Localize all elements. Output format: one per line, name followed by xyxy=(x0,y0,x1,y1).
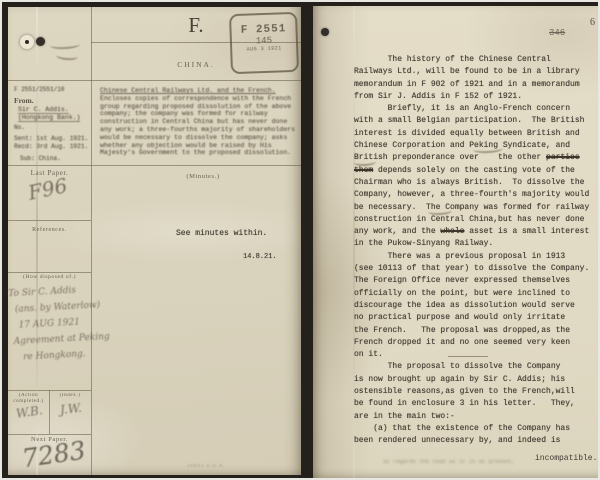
text-segment: any work, and the xyxy=(354,227,440,236)
text-segment: any work; a three-fourths majority of sh… xyxy=(100,126,295,133)
text-segment: no practical purpose and would only irri… xyxy=(354,313,565,322)
text-line: are in the main two:- xyxy=(354,411,594,423)
text-segment: is now brought up again by Sir C. Addis;… xyxy=(354,375,565,384)
punch-hole-icon xyxy=(321,28,329,36)
text-segment: are in the main two:- xyxy=(354,412,455,421)
text-segment: Chinese Corporation and Peking Syndicate… xyxy=(354,141,570,150)
punch-hole-icon xyxy=(20,35,34,49)
text-line: The history of the Chinese Central xyxy=(354,54,594,66)
text-line: Briefly, it is an Anglo-French concern xyxy=(354,103,594,115)
pencil-mark xyxy=(56,51,79,61)
text-line: from Sir J. Addis in F 152 of 1921. xyxy=(354,91,594,103)
minutes-label: (Minutes.) xyxy=(148,173,258,180)
text-segment: Railways Ltd., will be found to be in a … xyxy=(354,67,580,76)
crossed-out-folio-number: 346 xyxy=(549,28,565,38)
text-line: Company, however, a three-fourth's major… xyxy=(354,189,594,201)
text-line: in the Pukow-Sinyang Railway. xyxy=(354,238,594,250)
text-line: discourage the idea as dissolution would… xyxy=(354,300,594,312)
text-line: with a small Belgian participation. The … xyxy=(354,115,594,127)
minute-body-text: The history of the Chinese CentralRailwa… xyxy=(354,54,594,448)
text-segment: interest is divided equally between Brit… xyxy=(354,129,580,138)
subject-field: Sub: China. xyxy=(20,155,61,162)
received-date-field: Recd: 3rd Aug. 1921. xyxy=(14,143,88,150)
action-completed-label: (Action completed.) xyxy=(9,393,48,404)
text-line: no practical purpose and would only irri… xyxy=(354,312,594,324)
text-segment: in the Pukow-Sinyang Railway. xyxy=(354,239,493,248)
text-line: (a) that the existence of the Company ha… xyxy=(354,423,594,435)
left-col-rule xyxy=(8,220,91,221)
text-line: memorandum in F 902 of 1921 and in a mem… xyxy=(354,79,594,91)
text-line: is now brought up again by Sir C. Addis;… xyxy=(354,374,594,386)
text-segment: be found in enclosure 3 in his letter. T… xyxy=(354,399,575,408)
text-segment: The proposal to dissolve the Company xyxy=(354,362,560,371)
printer-imprint: 20691 F.O.P. xyxy=(136,464,276,469)
text-segment: construction in Central China,but has ne… xyxy=(354,215,584,224)
docket-subject-title: Chinese Central Railways Ltd. and the Fr… xyxy=(100,87,300,95)
text-segment: depends solely on the casting vote of th… xyxy=(373,166,575,175)
text-line: Railways Ltd., will be found to be in a … xyxy=(354,66,594,78)
text-line: be found in enclosure 3 in his letter. T… xyxy=(354,398,594,410)
text-line: (see 10113 of that year) to dissolve the… xyxy=(354,263,594,275)
stamp-date: AUG 3 1921 xyxy=(232,45,296,53)
text-line: been rendered unnecessary by, and indeed… xyxy=(354,435,594,447)
disposal-handwritten-notes: To Sir C. Addis (ans. by Waterlow) 17 AU… xyxy=(8,282,94,366)
struck-text: parties xyxy=(546,153,580,162)
text-line: re Hongkong. xyxy=(11,346,94,366)
text-segment: 17 AUG 1921 xyxy=(10,317,80,331)
text-segment: group regarding proposed dissolution of … xyxy=(100,103,291,110)
text-line: The proposal to dissolve the Company xyxy=(354,361,594,373)
text-segment: French dropped it and no one seemed very… xyxy=(354,338,570,347)
minutes-note: See minutes within. xyxy=(176,229,267,238)
text-segment: There was a previous proposal in 1913 xyxy=(354,252,565,261)
text-segment: Agreement at Peking xyxy=(11,332,110,347)
pencil-mark xyxy=(50,40,80,50)
text-segment: asset is a small interest xyxy=(464,227,589,236)
struck-text: whole xyxy=(440,227,464,236)
text-segment: officially on the point, but were inclin… xyxy=(354,289,570,298)
text-line: British preponderance over the other par… xyxy=(354,152,594,164)
text-segment: British preponderance over the other xyxy=(354,153,546,162)
text-line: French dropped it and no one seemed very… xyxy=(354,337,594,349)
text-segment: (a) that the existence of the Company ha… xyxy=(354,424,570,433)
catchword: incompatible... xyxy=(535,454,600,463)
section-rule xyxy=(8,165,301,166)
text-segment: (see 10113 of that year) to dissolve the… xyxy=(354,264,589,273)
text-line: Encloses copies of correspondence with t… xyxy=(100,95,300,103)
registry-number-field: F 2551/2551/10 xyxy=(14,86,64,93)
text-segment: Majesty's Government to the proposed dis… xyxy=(100,149,291,156)
docket-summary-lines: Encloses copies of correspondence with t… xyxy=(100,95,300,157)
text-line: them depends solely on the casting vote … xyxy=(354,165,594,177)
text-segment: ostensible reasons,as given to the Frenc… xyxy=(354,387,575,396)
text-segment: (ans. by Waterlow) xyxy=(9,300,100,315)
text-segment: the French. The proposal was dropped,as … xyxy=(354,326,570,335)
text-line: construction in Central China,but has ne… xyxy=(354,214,594,226)
text-segment: construction in Central China but has ne… xyxy=(100,118,287,125)
scanned-document-photo: F. CHINA. F 2551 145 AUG 3 1921 F 2551/2… xyxy=(0,0,600,480)
text-line: any work; a three-fourths majority of sh… xyxy=(100,126,300,134)
text-line: any work, and the whole asset is a small… xyxy=(354,226,594,238)
text-segment: memorandum in F 902 of 1921 and in a mem… xyxy=(354,80,580,89)
text-segment: The history of the Chinese Central xyxy=(354,55,551,64)
text-segment: To Sir C. Addis xyxy=(8,286,76,300)
registry-number-stamp: F 2551 145 AUG 3 1921 xyxy=(229,12,299,74)
docket-page: F. CHINA. F 2551 145 AUG 3 1921 F 2551/2… xyxy=(8,7,301,475)
text-line: There was a previous proposal in 1913 xyxy=(354,251,594,263)
text-segment: been rendered unnecessary by, and indeed… xyxy=(354,436,560,445)
text-segment: company; the company was formed for rail… xyxy=(100,110,268,117)
punch-hole-icon xyxy=(36,37,45,46)
text-line: Chairman who is always British. To disso… xyxy=(354,177,594,189)
text-line: be necessary. The Company was formed for… xyxy=(354,202,594,214)
text-segment: The Foreign Office never expressed thems… xyxy=(354,276,570,285)
no-label: No. xyxy=(14,124,25,131)
text-line: interest is divided equally between Brit… xyxy=(354,128,594,140)
text-segment: discourage the idea as dissolution would… xyxy=(354,301,575,310)
how-disposed-label: (How disposed of.) xyxy=(8,274,91,280)
index-scrawl: J.W. xyxy=(59,401,82,417)
sender-name: Sir C. Addis. xyxy=(18,106,69,114)
text-line: construction in Central China but has ne… xyxy=(100,118,300,126)
sender-org: (Hongkong Bank.) xyxy=(18,114,80,122)
sent-date-field: Sent: 1st Aug. 1921. xyxy=(14,135,88,142)
text-line: would be necessary to dissolve the compa… xyxy=(100,134,300,142)
text-line: The Foreign Office never expressed thems… xyxy=(354,275,594,287)
separator-dash xyxy=(448,356,488,357)
text-segment: Briefly, it is an Anglo-French concern xyxy=(354,104,570,113)
text-segment: on it. xyxy=(354,350,383,359)
text-line: the French. The proposal was dropped,as … xyxy=(354,325,594,337)
text-segment: Company, however, a three-fourth's major… xyxy=(354,190,589,199)
struck-text: them xyxy=(354,166,373,175)
text-line: ostensible reasons,as given to the Frenc… xyxy=(354,386,594,398)
from-label: From. xyxy=(14,96,34,105)
section-rule xyxy=(8,80,301,81)
action-completed-scrawl: W.B. xyxy=(15,403,43,421)
references-label: References. xyxy=(8,227,91,233)
last-paper-handwritten-number: F96 xyxy=(26,173,69,205)
text-segment: Encloses copies of correspondence with t… xyxy=(100,95,291,102)
text-line: officially on the point, but were inclin… xyxy=(354,288,594,300)
index-label: (Index.) xyxy=(50,393,90,398)
text-segment: be necessary. The Company was formed for… xyxy=(354,203,589,212)
text-segment: would be necessary to dissolve the compa… xyxy=(100,134,287,141)
left-col-rule xyxy=(8,272,91,273)
left-col-rule xyxy=(8,434,91,435)
minute-page: 346 6 The history of the Chinese Central… xyxy=(313,6,600,478)
text-line: Majesty's Government to the proposed dis… xyxy=(100,149,300,157)
text-segment: Chairman who is always British. To disso… xyxy=(354,178,584,187)
text-segment: whether any objection would be raised by… xyxy=(100,142,272,149)
text-segment: with a small Belgian participation. The … xyxy=(354,116,584,125)
page-number: 6 xyxy=(590,17,595,28)
column-divider-rule xyxy=(91,7,92,475)
minutes-initials: 14.8.21. xyxy=(243,253,277,261)
ghost-offset-text: as regards the case as it is at present, xyxy=(383,458,515,465)
text-segment: from Sir J. Addis in F 152 of 1921. xyxy=(354,92,522,101)
text-segment: re Hongkong. xyxy=(11,349,85,363)
